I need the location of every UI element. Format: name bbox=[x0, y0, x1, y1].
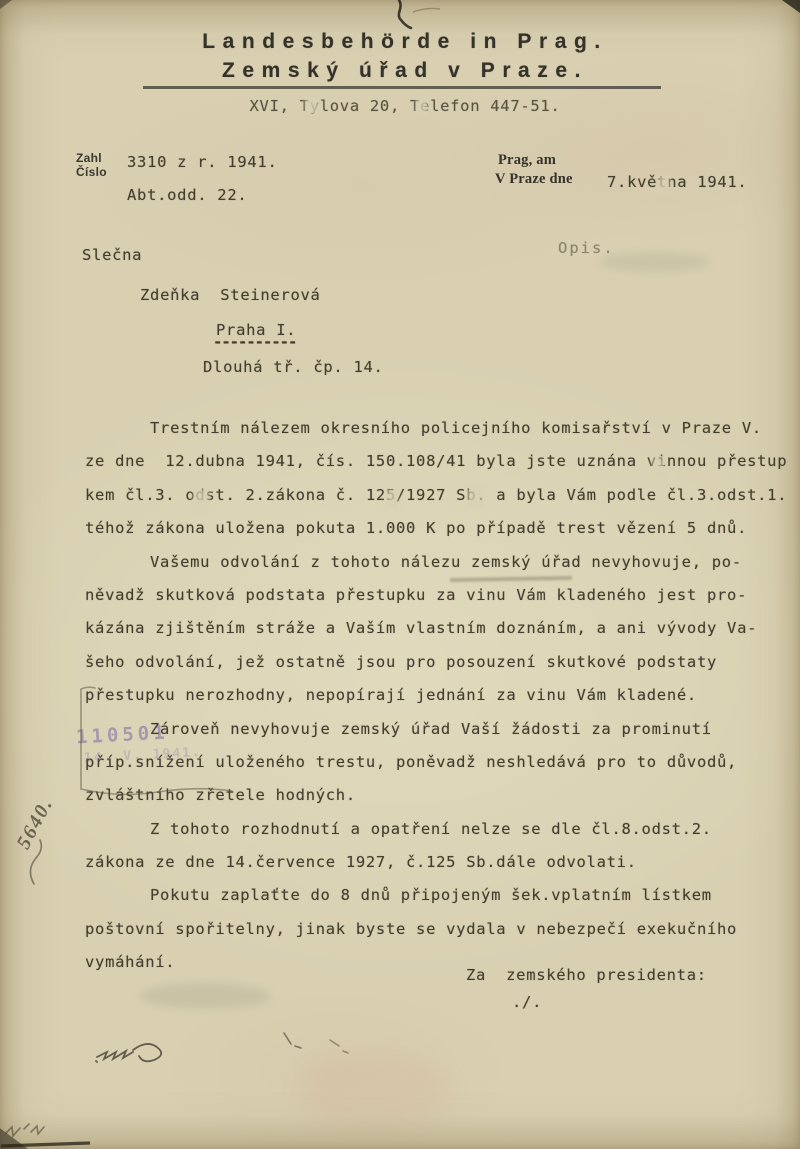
addressee-street: Dlouhá tř. čp. 14. bbox=[203, 358, 384, 377]
scan-corner bbox=[0, 0, 12, 9]
scan-corner bbox=[0, 1117, 28, 1149]
letterhead-title-czech: Zemský úřad v Praze. bbox=[140, 59, 670, 83]
ref-number: 3310 z r. 1941. bbox=[127, 153, 277, 172]
bleed-through bbox=[140, 983, 270, 1009]
body-line: téhož zákona uložena pokuta 1.000 K po p… bbox=[85, 519, 800, 552]
ref-department: Abt.odd. 22. bbox=[127, 186, 247, 205]
body-line: přestupku nerozhodny, nepopírají jednání… bbox=[85, 686, 800, 719]
pencil-initials bbox=[6, 1124, 44, 1136]
dateline-date: 7.května 1941. bbox=[607, 173, 747, 192]
body-line: ze dne 12.dubna 1941, čís. 150.108/41 by… bbox=[85, 452, 800, 485]
addressee-salutation: Slečna bbox=[82, 246, 142, 265]
closing-signature-line: Za zemského presidenta: bbox=[466, 966, 707, 985]
letterhead-rule bbox=[143, 86, 661, 89]
body-line: zvláštního zřetele hodných. bbox=[85, 786, 800, 819]
body-line: Trestním nálezem okresního policejního k… bbox=[85, 419, 800, 452]
addressee-name: Zdeňka Steinerová bbox=[140, 286, 321, 305]
dateline-label-czech: V Praze dne bbox=[495, 171, 573, 188]
copy-note: Opis. bbox=[558, 239, 615, 258]
bleed-through bbox=[600, 252, 710, 272]
body-line: Z tohoto rozhodnutí a opatření nelze se … bbox=[85, 820, 800, 853]
bleed-through bbox=[300, 1055, 450, 1125]
body-line: kázána zjištěním stráže a Vaším vlastním… bbox=[85, 619, 800, 652]
dateline-label-german: Prag, am bbox=[498, 152, 556, 169]
scan-corner bbox=[782, 0, 800, 13]
body-line: Vašemu odvolání z tohoto nálezu zemský ú… bbox=[85, 553, 800, 586]
ink-flourish bbox=[399, 0, 411, 28]
letterhead-title-german: Landesbehörde in Prag. bbox=[140, 30, 670, 54]
pencil-margin-note: 5640. bbox=[12, 794, 58, 853]
body-line: poštovní spořitelny, jinak byste se vyda… bbox=[85, 920, 800, 953]
addressee-city-underline: ---------- bbox=[213, 333, 296, 352]
letterhead-address: XVI, Tylova 20, Telefon 447-51. bbox=[140, 97, 670, 116]
ink-flourish bbox=[413, 8, 440, 12]
body-line: kem čl.3. odst. 2.zákona č. 125/1927 Sb.… bbox=[85, 486, 800, 519]
body-line: zákona ze dne 14.července 1927, č.125 Sb… bbox=[85, 853, 800, 886]
closing-mark: ./. bbox=[512, 993, 542, 1012]
pencil-mark bbox=[284, 1033, 301, 1048]
pencil-scribble bbox=[96, 1044, 161, 1062]
body-line: Pokutu zaplaťte do 8 dnů připojeným šek.… bbox=[85, 886, 800, 919]
scanned-letter-page: Landesbehörde in Prag. Zemský úřad v Pra… bbox=[0, 0, 800, 1149]
body-line: něvadž skutková podstata přestupku za vi… bbox=[85, 586, 800, 619]
ref-label-german: Zahl bbox=[76, 151, 102, 165]
letter-body: Trestním nálezem okresního policejního k… bbox=[85, 419, 800, 987]
page-edge-line bbox=[1, 1143, 90, 1146]
pencil-mark bbox=[330, 1040, 348, 1053]
ref-label-czech: Číslo bbox=[76, 165, 107, 179]
body-line: šeho odvolání, jež ostatně jsou pro poso… bbox=[85, 653, 800, 686]
